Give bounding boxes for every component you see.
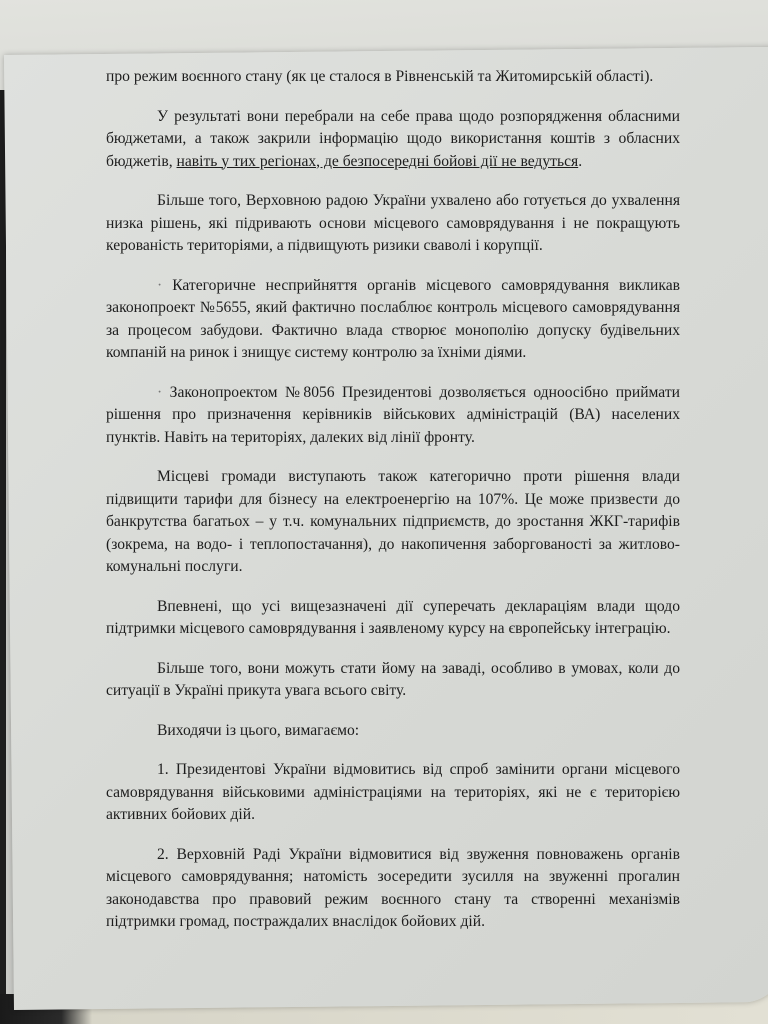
paragraph-text: . <box>578 153 582 170</box>
paragraph-tariffs: Місцеві громади виступають також категор… <box>106 466 680 579</box>
paragraph-continuation: про режим воєнного стану (як це сталося … <box>106 66 680 89</box>
paragraph-world-attention: Більше того, вони можуть стати йому на з… <box>106 658 680 703</box>
paragraph-text: Категоричне несприйняття органів місцево… <box>106 277 680 362</box>
paragraph-text: Законопроектом №8056 Президентові дозвол… <box>106 384 680 446</box>
paragraph-declarations: Впевнені, що усі вищезазначені дії супер… <box>106 596 680 641</box>
demand-item-1: 1. Президентові України відмовитись від … <box>106 759 680 827</box>
paragraph-parliament: Більше того, Верховною радою України ухв… <box>106 190 680 258</box>
underlined-text: навіть у тих регіонах, де безпосередні б… <box>177 153 579 170</box>
paragraph-demands-intro: Виходячи із цього, вимагаємо: <box>106 720 680 743</box>
paragraph-budgets: У результаті вони перебрали на себе прав… <box>106 106 680 174</box>
paragraph-bill-8056: · Законопроектом №8056 Президентові дозв… <box>106 382 680 450</box>
demand-item-2: 2. Верховній Раді України відмовитися ві… <box>106 844 680 934</box>
paragraph-bill-5655: · Категоричне несприйняття органів місце… <box>106 275 680 365</box>
bullet-mark: · <box>157 277 162 294</box>
bullet-mark: · <box>157 384 162 401</box>
document-body: про режим воєнного стану (як це сталося … <box>106 66 680 951</box>
